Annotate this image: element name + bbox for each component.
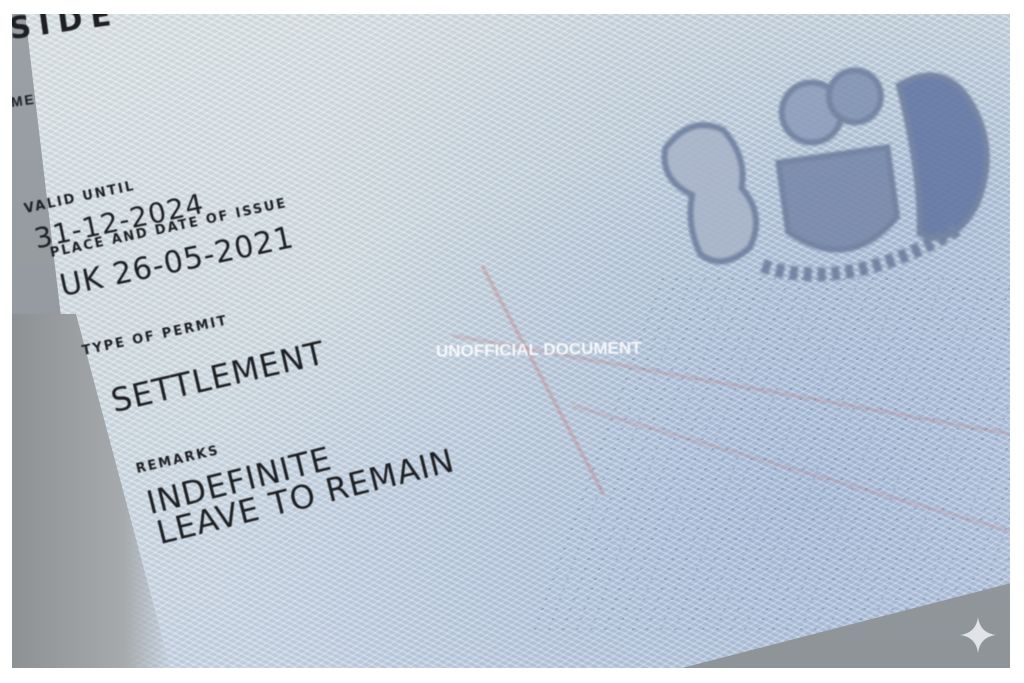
header-fragment-left: ME [12,91,37,110]
sparkle-icon [958,615,998,655]
watermark-text: UNOFFICIAL DOCUMENT [436,338,642,362]
royal-coat-of-arms-icon [636,29,1010,339]
photo-frame: SIDE ME VALID UNTIL 31-12-2024 PLACE AND… [12,14,1010,668]
